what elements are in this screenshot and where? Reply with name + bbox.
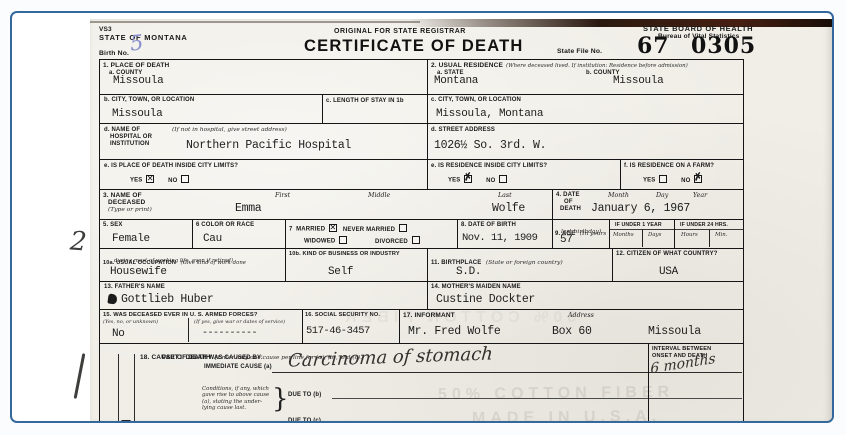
marital-number: 7: [289, 227, 293, 233]
farm-yes-checkbox: [659, 175, 667, 183]
birthplace-value: S.D.: [456, 266, 481, 278]
state-file-no-right: 0305: [691, 35, 756, 57]
cell-armed-forces: 15. WAS DECEASED EVER IN U. S. ARMED FOR…: [100, 310, 303, 343]
cell-length-of-stay: c. LENGTH OF STAY IN 1b: [323, 95, 428, 123]
state-file-no-left: 67: [637, 35, 670, 57]
usual-residence-label: 2. USUAL RESIDENCE: [431, 62, 503, 70]
never-married-label: NEVER MARRIED: [343, 227, 395, 233]
cell-hospital: d. NAME OF HOSPITAL OR INSTITUTION (If n…: [100, 124, 428, 159]
dod-label: 4. DATE: [556, 192, 580, 199]
residence-in-city-no-checkbox: [499, 175, 507, 183]
yes-label: YES: [643, 178, 655, 184]
armed-forces-label: 15. WAS DECEASED EVER IN U. S. ARMED FOR…: [103, 312, 258, 319]
never-married-checkbox: [399, 224, 407, 232]
row-sex-race-marital: 5. SEX Female 6 COLOR OR RACE Cau 7 MARR…: [100, 220, 743, 249]
cell-street-address: d. STREET ADDRESS 1026½ So. 3rd. W.: [428, 124, 743, 159]
row-forces-ssn-informant: 15. WAS DECEASED EVER IN U. S. ARMED FOR…: [100, 310, 743, 344]
residence-state-value: Montana: [434, 75, 478, 87]
first-name-value: Emma: [235, 203, 261, 215]
divorced-checkbox: [412, 236, 420, 244]
father-value: Gottlieb Huber: [108, 294, 213, 306]
under-24-hrs-label: IF UNDER 24 HRS.: [680, 222, 728, 229]
dod-label3: DEATH: [560, 206, 581, 213]
farm-label: f. IS RESIDENCE ON A FARM?: [624, 163, 714, 170]
business-label: 10b. KIND OF BUSINESS OR INDUSTRY: [289, 251, 400, 258]
conditions-text: Conditions, if any, which gave rise to a…: [202, 386, 274, 412]
hospital-label: d. NAME OF: [104, 127, 140, 134]
death-in-city-no-checkbox: [181, 175, 189, 183]
cell-mother: 14. MOTHER'S MAIDEN NAME Custine Dockter: [428, 282, 743, 309]
margin-dash-mark: [121, 420, 131, 423]
last-header: Last: [498, 192, 512, 199]
birth-no-label: Birth No.: [99, 50, 129, 57]
residence-city-label: c. CITY, TOWN, OR LOCATION: [431, 97, 521, 104]
street-address-label: d. STREET ADDRESS: [431, 127, 495, 134]
informant-address2: Missoula: [648, 326, 701, 338]
cell-age: 9. AGE (In years last birthday) 57: [553, 220, 610, 248]
row-place-residence: 1. PLACE OF DEATH a. COUNTY Missoula 2. …: [100, 60, 743, 95]
residence-city-value: Missoula, Montana: [436, 108, 543, 120]
cell-residence-farm: f. IS RESIDENCE ON A FARM? YES NO: [621, 160, 743, 189]
day-header: Day: [656, 192, 668, 199]
margin-handwritten-number: 2: [69, 228, 87, 255]
cell-date-of-birth: 8. DATE OF BIRTH Nov. 11, 1909: [458, 220, 553, 248]
hospital-label2: HOSPITAL OR: [110, 134, 152, 141]
mother-value: Custine Dockter: [436, 294, 535, 306]
state-file-no-label: State File No.: [557, 48, 602, 55]
dob-value: Nov. 11, 1909: [462, 233, 537, 244]
margin-pen-stroke: [74, 353, 85, 399]
residence-city-limits-label: e. IS RESIDENCE INSIDE CITY LIMITS?: [431, 163, 547, 170]
form-code: VS3: [99, 26, 112, 33]
cell-birthplace: 11. BIRTHPLACE (State or foreign country…: [428, 249, 613, 281]
cell-death-city: b. CITY, TOWN, OR LOCATION Missoula: [100, 95, 323, 123]
death-city-value: Missoula: [112, 108, 162, 120]
cell-residence-city-limits: e. IS RESIDENCE INSIDE CITY LIMITS? YES …: [428, 160, 621, 189]
hospital-label3: INSTITUTION: [110, 141, 149, 148]
race-label: 6 COLOR OR RACE: [196, 222, 254, 229]
cell-citizen: 12. CITIZEN OF WHAT COUNTRY? USA: [613, 249, 743, 281]
county-value: Missoula: [113, 75, 163, 87]
cell-under-24-hrs: IF UNDER 24 HRS. Hours Min.: [675, 220, 743, 248]
row-occupation: 10a. USUAL OCCUPATION (Give kind of work…: [100, 249, 743, 282]
birth-no-handwritten-value: 5: [129, 32, 144, 54]
scan-top-edge-shadow: [408, 19, 832, 27]
state-name: STATE OF MONTANA: [99, 34, 188, 41]
hospital-value: Northern Pacific Hospital: [186, 140, 351, 152]
name-hint: (Type or print): [108, 207, 152, 214]
father-label: 13. FATHER'S NAME: [104, 284, 165, 291]
screenshot-page: 2 50% COTTON FIBER MADE IN U.S.A. 50% CO…: [0, 0, 846, 435]
row-parents: 13. FATHER'S NAME Gottlieb Huber 14. MOT…: [100, 282, 743, 310]
cell-sex: 5. SEX Female: [100, 220, 193, 248]
certificate-title: CERTIFICATE OF DEATH: [304, 38, 524, 55]
hospital-hint: (If not in hospital, give street address…: [172, 127, 287, 134]
cell-occupation: 10a. USUAL OCCUPATION (Give kind of work…: [100, 249, 286, 281]
cell-ssn: 16. SOCIAL SECURITY NO. 517-46-3457: [303, 310, 400, 343]
sex-value: Female: [112, 233, 150, 245]
informant-address-header: Address: [568, 312, 594, 319]
death-in-city-yes-checkbox: [146, 175, 154, 183]
birthplace-hint: (State or foreign country): [486, 260, 563, 266]
month-header: Month: [608, 192, 629, 199]
citizen-label: 12. CITIZEN OF WHAT COUNTRY?: [616, 251, 718, 258]
cell-business: 10b. KIND OF BUSINESS OR INDUSTRY Self: [286, 249, 428, 281]
mother-label: 14. MOTHER'S MAIDEN NAME: [431, 284, 521, 291]
row-cause-of-death: 18. CAUSE OF DEATH [Enter only one cause…: [100, 344, 743, 423]
hours-label: Hours: [681, 232, 698, 239]
cell-cause-of-death: 18. CAUSE OF DEATH [Enter only one cause…: [100, 344, 743, 423]
divorced-label: DIVORCED: [375, 239, 408, 245]
board-line: STATE BOARD OF HEALTH: [643, 25, 753, 32]
death-city-label: b. CITY, TOWN, OR LOCATION: [104, 97, 194, 104]
cell-date-of-death: 4. DATE OF DEATH Month Day Year January …: [553, 190, 743, 219]
cell-residence-city: c. CITY, TOWN, OR LOCATION Missoula, Mon…: [428, 95, 743, 123]
farm-no-checkbox: [694, 175, 702, 183]
residence-county-value: Missoula: [613, 75, 663, 87]
under-1-year-label: IF UNDER 1 YEAR: [615, 222, 662, 229]
sex-label: 5. SEX: [103, 222, 123, 229]
place-of-death-label: 1. PLACE OF DEATH: [103, 62, 169, 70]
no-label: NO: [168, 178, 177, 184]
days-label: Days: [648, 232, 661, 239]
last-name-value: Wolfe: [492, 203, 525, 215]
street-address-value: 1026½ So. 3rd. W.: [434, 140, 546, 152]
cell-usual-residence: 2. USUAL RESIDENCE (Where deceased lived…: [428, 60, 743, 94]
age-value: 57: [560, 234, 573, 246]
business-value: Self: [328, 266, 353, 278]
dob-label: 8. DATE OF BIRTH: [461, 222, 516, 229]
armed-forces-dashes: ----------: [202, 328, 257, 339]
cell-father: 13. FATHER'S NAME Gottlieb Huber: [100, 282, 428, 309]
informant-address1: Box 60: [552, 326, 592, 338]
ssn-label: 16. SOCIAL SECURITY NO.: [305, 312, 380, 319]
row-city-limits: e. IS PLACE OF DEATH INSIDE CITY LIMITS?…: [100, 160, 743, 190]
race-value: Cau: [203, 233, 222, 245]
certificate-table: 1. PLACE OF DEATH a. COUNTY Missoula 2. …: [99, 59, 744, 423]
cell-death-city-limits: e. IS PLACE OF DEATH INSIDE CITY LIMITS?…: [100, 160, 428, 189]
occupation-hint2: during most of working life, even if ret…: [114, 258, 233, 265]
yes-label: YES: [130, 178, 142, 184]
name-label2: DECEASED: [108, 199, 145, 207]
residence-in-city-yes-checkbox: [464, 175, 472, 183]
death-certificate-scan: 50% COTTON FIBER MADE IN U.S.A. 50% COTT…: [90, 19, 832, 423]
armed-forces-hint1: (Yes, no, or unknown): [103, 319, 158, 326]
cell-color-race: 6 COLOR OR RACE Cau: [193, 220, 286, 248]
no-label: NO: [486, 178, 495, 184]
row-hospital-street: d. NAME OF HOSPITAL OR INSTITUTION (If n…: [100, 124, 743, 160]
due-to-b-label: DUE TO (b): [288, 392, 321, 399]
armed-forces-value: No: [112, 328, 125, 340]
widowed-checkbox: [339, 236, 347, 244]
cell-place-of-death: 1. PLACE OF DEATH a. COUNTY Missoula: [100, 60, 428, 94]
first-header: First: [275, 192, 290, 199]
widowed-label: WIDOWED: [304, 239, 335, 245]
no-label: NO: [681, 178, 690, 184]
informant-label: 17. INFORMANT: [403, 312, 455, 320]
armed-forces-hint2: (If yes, give war or dates of service): [194, 319, 285, 326]
yes-label: YES: [448, 178, 460, 184]
row-name-dod: 3. NAME OF DECEASED (Type or print) Firs…: [100, 190, 743, 220]
original-for-line: ORIGINAL FOR STATE REGISTRAR: [334, 28, 466, 35]
death-city-limits-label: e. IS PLACE OF DEATH INSIDE CITY LIMITS?: [104, 163, 238, 170]
immediate-cause-label: IMMEDIATE CAUSE (a): [204, 364, 272, 371]
length-of-stay-label: c. LENGTH OF STAY IN 1b: [326, 98, 404, 105]
date-of-death-value: January 6, 1967: [591, 203, 690, 215]
cell-informant: 17. INFORMANT Address Mr. Fred Wolfe Box…: [400, 310, 743, 343]
citizen-value: USA: [659, 266, 678, 278]
document-frame: 2 50% COTTON FIBER MADE IN U.S.A. 50% CO…: [10, 11, 834, 423]
cell-name-of-deceased: 3. NAME OF DECEASED (Type or print) Firs…: [100, 190, 553, 219]
min-label: Min.: [715, 232, 727, 239]
middle-header: Middle: [368, 192, 390, 199]
brace-glyph: }: [272, 386, 289, 412]
months-label: Months: [613, 232, 634, 239]
cell-marital-status: 7 MARRIED NEVER MARRIED WIDOWED DIVORCED: [286, 220, 458, 248]
dod-label2: OF: [564, 199, 573, 206]
married-checkbox: [329, 224, 337, 232]
scan-top-edge-line: [90, 21, 420, 23]
usual-residence-hint: (Where deceased lived. If institution: R…: [506, 63, 688, 70]
occupation-value: Housewife: [110, 266, 167, 278]
married-label: MARRIED: [296, 227, 325, 233]
ssn-value: 517-46-3457: [306, 326, 370, 337]
ink-blot: [107, 293, 117, 304]
cell-under-1-year: IF UNDER 1 YEAR Months Days: [610, 220, 675, 248]
cause-a-handwritten: Carcinoma of stomach: [288, 346, 494, 369]
due-to-c-label: DUE TO (c): [288, 418, 321, 423]
informant-name: Mr. Fred Wolfe: [408, 326, 500, 338]
year-header: Year: [693, 192, 707, 199]
part1-label: PART I. DEATH WAS CAUSED BY:: [162, 355, 263, 362]
row-city-town: b. CITY, TOWN, OR LOCATION Missoula c. L…: [100, 95, 743, 124]
